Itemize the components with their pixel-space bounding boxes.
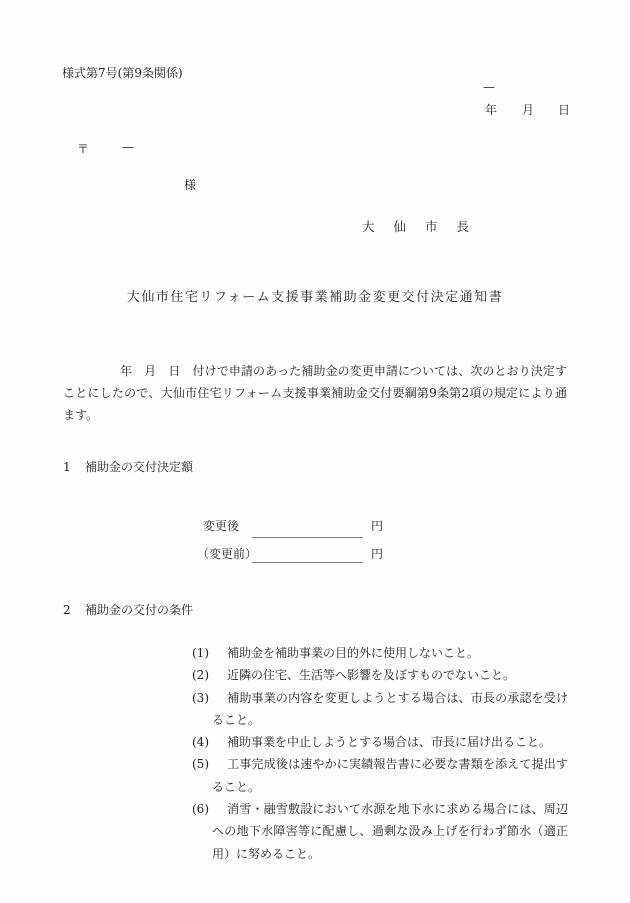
conditions-list: (1)補助金を補助事業の目的外に使用しないこと。(2)近隣の住宅、生活等へ影響を… [192,642,568,865]
condition-item: (5)工事完成後は速やかに実績報告書に必要な書類を添えて提出す [192,753,568,775]
amount-before-unit: 円 [371,545,383,562]
body-line: 年 月 日 付けで申請のあった補助金の変更申請については、次のとおり決定する [63,360,567,382]
condition-text: 補助金を補助事業の目的外に使用しないこと。 [227,646,479,660]
condition-text: 補助事業を中止しようとする場合は、市長に届け出ること。 [227,735,551,749]
document-title: 大仙市住宅リフォーム支援事業補助金変更交付決定通知書 [0,286,630,305]
body-paragraph: 年 月 日 付けで申請のあった補助金の変更申請については、次のとおり決定する こ… [63,360,567,426]
condition-number: (3) [192,687,227,709]
amount-after-unit: 円 [371,517,383,534]
postal-mark: 〒 [77,140,89,157]
body-line: ます。 [63,404,567,426]
section2-title: 補助金の交付の条件 [85,603,193,617]
condition-text: 近隣の住宅、生活等へ影響を及ぼすものでないこと。 [227,668,515,682]
condition-number: (1) [192,642,227,664]
condition-number: (5) [192,753,227,775]
condition-item-continuation: ること。 [192,776,568,798]
condition-item-continuation: 用）に努めること。 [192,843,568,865]
condition-text: 消雪・融雪敷設において水源を地下水に求める場合には、周辺 [227,802,568,816]
section1-heading: 1補助金の交付決定額 [63,458,193,475]
condition-item: (2)近隣の住宅、生活等へ影響を及ぼすものでないこと。 [192,664,568,686]
condition-item: (6)消雪・融雪敷設において水源を地下水に求める場合には、周辺 [192,798,568,820]
amount-before-blank-line [252,562,363,563]
condition-item: (3)補助事業の内容を変更しようとする場合は、市長の承認を受け [192,687,568,709]
document-number-dash: — [483,80,495,94]
section2-heading: 2補助金の交付の条件 [63,601,193,618]
addressee-suffix: 様 [184,176,196,193]
amount-after-blank-line [252,537,363,538]
date-day-label: 日 [558,101,570,118]
condition-number: (4) [192,731,227,753]
date-month-label: 月 [522,101,534,118]
condition-text: 工事完成後は速やかに実績報告書に必要な書類を添えて提出す [227,757,568,771]
condition-text: 補助事業の内容を変更しようとする場合は、市長の承認を受け [227,691,568,705]
condition-item-continuation: への地下水障害等に配慮し、過剰な汲み上げを行わず節水（適正利 [192,820,568,842]
body-line: ことにしたので、大仙市住宅リフォーム支援事業補助金交付要綱第9条第2項の規定によ… [63,382,567,404]
form-number: 様式第7号(第9条関係) [62,64,183,81]
section1-title: 補助金の交付決定額 [85,460,193,474]
document-page: 様式第7号(第9条関係) — 年 月 日 〒 — 様 大仙市長 大仙市住宅リフォ… [0,0,630,903]
condition-item: (4)補助事業を中止しようとする場合は、市長に届け出ること。 [192,731,568,753]
condition-number: (6) [192,798,227,820]
section2-number: 2 [63,603,85,617]
postal-code-dash: — [122,140,134,154]
date-year-label: 年 [485,101,497,118]
section1-number: 1 [63,460,85,474]
condition-number: (2) [192,664,227,686]
amount-after-label: 変更後 [203,517,239,534]
sender-name: 大仙市長 [362,217,488,235]
condition-item-continuation: ること。 [192,709,568,731]
condition-item: (1)補助金を補助事業の目的外に使用しないこと。 [192,642,568,664]
amount-before-label: （変更前） [197,545,257,562]
